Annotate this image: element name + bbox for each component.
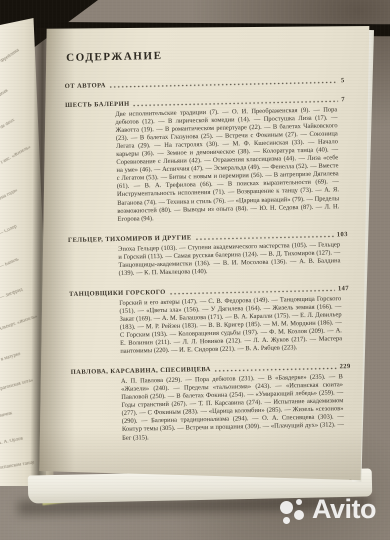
contents-text: СОДЕРЖАНИЕ ОТ АВТОРА 5 ШЕСТЬ БАЛЕРИН 7 Д… [64,46,352,455]
toc-entry-from-author: ОТ АВТОРА 5 [65,77,345,90]
avito-logo-icon [280,499,307,527]
toc-label: ГЕЛЬЦЕР, ТИХОМИРОВ И ДРУГИЕ [68,234,192,244]
toc-label: ТАНЦОВЩИКИ ГОРСКОГО [69,289,166,298]
toc-label: ОТ АВТОРА [65,82,106,90]
toc-page-number: 103 [337,231,348,238]
toc-page-number: 7 [341,96,345,103]
toc-page-number: 229 [339,363,350,370]
dot-leader [110,81,338,88]
toc-entry-gorsky-dancers: ТАНЦОВЩИКИ ГОРСКОГО 147 Горский и его ак… [69,285,350,357]
toc-entry-six-ballerinas: ШЕСТЬ БАЛЕРИН 7 Две исполнительские трад… [65,96,348,224]
toc-page-number: 147 [338,285,349,292]
toc-section-body: Две исполнительские традиции (7). — О. И… [115,106,339,223]
toc-section-body: А. П. Павлова (229). — Пора дебютов (231… [121,373,344,442]
avito-wordmark: Avito [312,496,376,523]
dot-leader [134,100,339,106]
dot-leader [196,235,334,240]
toc-section-body: Горский и его актеры (147). — С. В. Федо… [119,295,342,356]
toc-page-number: 5 [341,77,345,84]
dot-leader [170,289,335,294]
contents-page: СОДЕРЖАНИЕ ОТ АВТОРА 5 ШЕСТЬ БАЛЕРИН 7 Д… [38,26,372,482]
toc-entry-geltser: ГЕЛЬЦЕР, ТИХОМИРОВ И ДРУГИЕ 103 Эпоха Ге… [68,231,349,279]
toc-line: ОТ АВТОРА 5 [65,77,345,90]
book-photo: Большакова — Фрейлина Мордкин — Рыбак Ма… [0,0,390,540]
toc-label: ШЕСТЬ БАЛЕРИН [65,101,130,109]
toc-entry-pavlova: ПАВЛОВА, КАРСАВИНА, СПЕСИВЦЕВА 229 А. П.… [71,363,352,443]
toc-section-body: Эпоха Гельцер (103). — Ступени академиче… [118,241,341,278]
toc-label: ПАВЛОВА, КАРСАВИНА, СПЕСИВЦЕВА [71,366,211,376]
dot-leader [215,368,337,373]
page-title: СОДЕРЖАНИЕ [66,46,344,64]
avito-watermark: Avito [280,496,376,527]
